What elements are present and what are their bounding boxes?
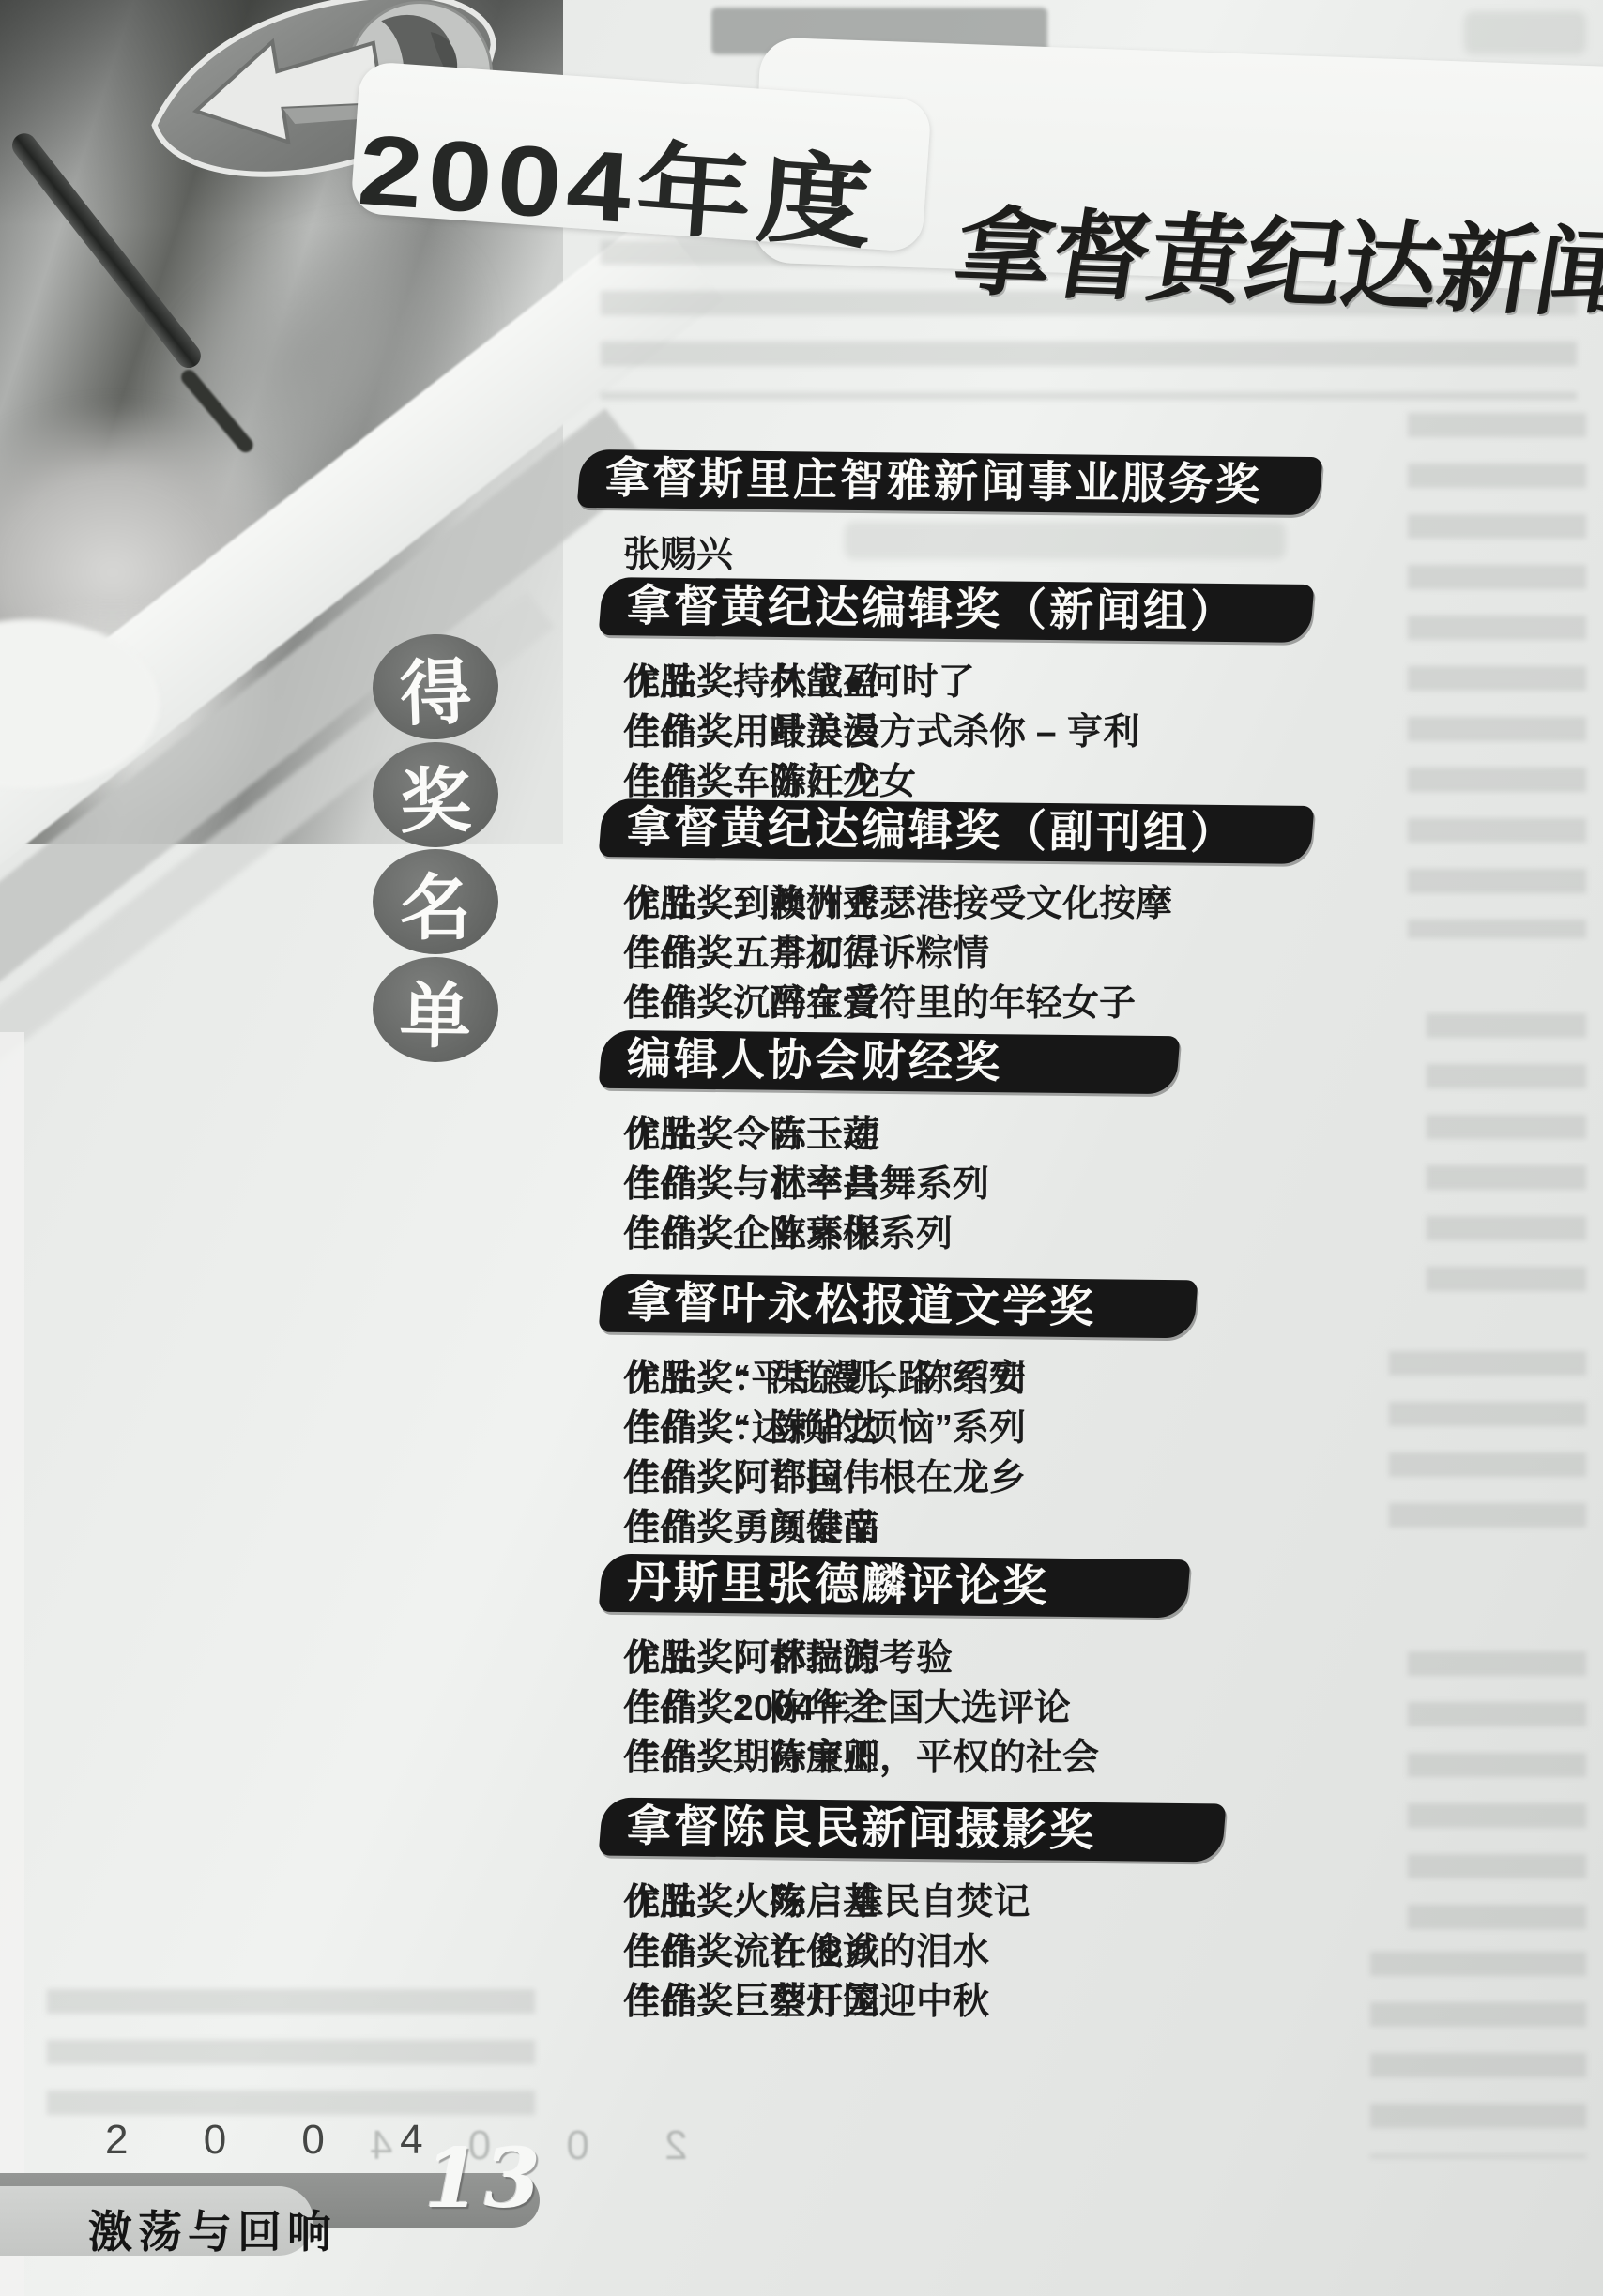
work-title: 沉醉在音符里的年轻女子	[733, 983, 1136, 1024]
award-category-bar: 拿督斯里庄智雅新闻事业服务奖	[577, 449, 1323, 515]
award-category-bar: 拿督黄纪达编辑奖（副刊组）	[599, 798, 1315, 864]
award-category-title: 拿督斯里庄智雅新闻事业服务奖	[579, 449, 1321, 513]
award-sections: 拿督斯里庄智雅新闻事业服务奖 张赐兴 拿督黄纪达编辑奖（新闻组） 优胜奖：林宝盈…	[0, 0, 1603, 2296]
award-category-bar: 拿督叶永松报道文学奖	[599, 1274, 1198, 1339]
work-label: 作品：	[623, 1932, 733, 1972]
winner-name: 张赐兴	[623, 535, 733, 575]
award-row: 佳作奖：陈素彬 作品：企业环保系列	[623, 1209, 1599, 1259]
award-row: 佳作奖：蔡开国 作品：巨型灯笼迎中秋	[623, 1977, 1599, 2027]
work-label: 作品：	[623, 1359, 733, 1399]
work-cell: 作品：巨型灯笼迎中秋	[623, 1977, 989, 2027]
work-label: 作品：	[623, 983, 733, 1024]
work-cell: 作品：五月初五诉粽情	[623, 929, 989, 979]
work-cell: 作品：企业环保系列	[623, 1209, 953, 1259]
work-title: 勇闯泰南	[733, 1508, 879, 1548]
work-cell: 作品：期待廉正，平权的社会	[623, 1733, 1099, 1783]
work-title: “达赖的烦恼”系列	[733, 1408, 1026, 1449]
work-title: 流在他乡的泪水	[733, 1932, 989, 1972]
award-row: 优胜奖：林瑞源 作品：阿都拉的考验	[623, 1634, 1599, 1683]
work-cell: 作品：与汇率共舞系列	[623, 1160, 989, 1209]
work-label: 作品：	[623, 662, 733, 703]
award-rows: 优胜奖：林宝盈 作品：持久战●何时了 佳作奖：叶美云 作品：用最浪漫方式杀你 –…	[623, 658, 1599, 807]
award-category-bar: 拿督黄纪达编辑奖（新闻组）	[599, 577, 1315, 643]
work-label: 作品：	[623, 1738, 733, 1778]
work-label: 作品：	[623, 1115, 733, 1155]
award-row: 优胜奖：陈启基 作品：火殇 – 难民自焚记	[623, 1878, 1599, 1927]
award-rows: 优胜奖：陈启基 作品：火殇 – 难民自焚记 佳作奖：许俊诚 作品：流在他乡的泪水…	[623, 1878, 1599, 2027]
award-row: 优胜奖：陈玉莲 作品：令吉一动	[623, 1110, 1599, 1160]
award-row: 佳作奖：林幸昌 作品：与汇率共舞系列	[623, 1160, 1599, 1209]
award-row: 佳作奖：许国伟 作品：阿都拉：根在龙乡	[623, 1453, 1599, 1503]
award-row: 张赐兴	[623, 530, 1599, 580]
work-label: 作品：	[623, 934, 733, 974]
award-row: 优胜奖：洪东凯，陈绍安 作品：“平乱漫长路”系列	[623, 1354, 1599, 1404]
work-cell: 作品：令吉一动	[623, 1110, 879, 1160]
work-title: 巨型灯笼迎中秋	[733, 1982, 989, 2022]
award-rows: 优胜奖：林瑞源 作品：阿都拉的考验 佳作奖：陈华之 作品：2004年全国大选评论…	[623, 1634, 1599, 1783]
work-title: 持久战●何时了	[733, 662, 975, 703]
work-cell: 作品：2004年全国大选评论	[623, 1683, 1071, 1733]
work-cell: 作品：持久战●何时了	[623, 658, 975, 707]
award-category-bar: 编辑人协会财经奖	[599, 1030, 1181, 1094]
award-category-title: 拿督叶永松报道文学奖	[601, 1274, 1197, 1337]
award-row: 佳作奖：陈宝卿 作品：期待廉正，平权的社会	[623, 1733, 1599, 1783]
award-row: 佳作奖：叶美云 作品：用最浪漫方式杀你 – 亨利	[623, 707, 1599, 757]
work-cell: 作品：“达赖的烦恼”系列	[623, 1404, 1026, 1453]
award-rows: 优胜奖：赖竹秀 作品：到澳洲亚瑟港接受文化按摩 佳作奖：李加得 作品：五月初五诉…	[623, 879, 1599, 1028]
work-cell: 作品：流在他乡的泪水	[623, 1927, 989, 1977]
work-title: 火殇 – 难民自焚记	[733, 1882, 1030, 1923]
work-title: 阿都拉：根在龙乡	[733, 1458, 1026, 1498]
work-label: 作品：	[623, 1688, 733, 1728]
award-category-title: 编辑人协会财经奖	[601, 1030, 1179, 1092]
page-number: 13	[424, 2132, 544, 2227]
award-rows: 优胜奖：洪东凯，陈绍安 作品：“平乱漫长路”系列 佳作奖：陈华之 作品：“达赖的…	[623, 1354, 1599, 1553]
work-label: 作品：	[623, 884, 733, 924]
work-label: 作品：	[623, 1214, 733, 1254]
work-label: 作品：	[623, 1164, 733, 1205]
work-label: 作品：	[623, 1882, 733, 1923]
award-rows: 张赐兴	[623, 530, 1599, 580]
award-category-title: 拿督陈良民新闻摄影奖	[601, 1798, 1225, 1861]
work-title: 五月初五诉粽情	[733, 934, 989, 974]
award-row: 佳作奖：冯宝爱 作品：沉醉在音符里的年轻女子	[623, 979, 1599, 1028]
award-row: 佳作奖：陈华之 作品：2004年全国大选评论	[623, 1683, 1599, 1733]
award-row: 优胜奖：林宝盈 作品：持久战●何时了	[623, 658, 1599, 707]
work-label: 作品：	[623, 1458, 733, 1498]
work-cell: 作品：用最浪漫方式杀你 – 亨利	[623, 707, 1139, 757]
award-category-bar: 拿督陈良民新闻摄影奖	[599, 1798, 1227, 1863]
scanned-awards-page: 2004年度 拿督黄纪达新闻 得 奖 名 单 拿督斯里庄智雅新闻事业服务奖 张赐…	[0, 0, 1603, 2296]
award-category-bar: 丹斯里张德麟评论奖	[599, 1554, 1191, 1619]
work-label: 作品：	[623, 762, 733, 802]
award-category-title: 拿督黄纪达编辑奖（副刊组）	[601, 798, 1313, 862]
work-label: 作品：	[623, 1408, 733, 1449]
work-title: 车游奸少女	[733, 762, 916, 802]
work-title: 用最浪漫方式杀你 – 亨利	[733, 712, 1139, 753]
work-cell: 作品：沉醉在音符里的年轻女子	[623, 979, 1136, 1028]
work-title: 阿都拉的考验	[733, 1638, 953, 1679]
award-row: 佳作奖：颜健品 作品：勇闯泰南	[623, 1503, 1599, 1553]
work-title: 令吉一动	[733, 1115, 879, 1155]
award-row: 佳作奖：陈华之 作品：“达赖的烦恼”系列	[623, 1404, 1599, 1453]
winner-cell: 张赐兴	[623, 530, 925, 580]
work-label: 作品：	[623, 712, 733, 753]
work-title: 期待廉正，平权的社会	[733, 1738, 1099, 1778]
award-category-title: 丹斯里张德麟评论奖	[601, 1554, 1189, 1617]
award-row: 佳作奖：许俊诚 作品：流在他乡的泪水	[623, 1927, 1599, 1977]
work-title: “平乱漫长路”系列	[733, 1359, 1026, 1399]
work-cell: 作品：阿都拉：根在龙乡	[623, 1453, 1026, 1503]
work-title: 与汇率共舞系列	[733, 1164, 989, 1205]
work-label: 作品：	[623, 1638, 733, 1679]
work-title: 到澳洲亚瑟港接受文化按摩	[733, 884, 1172, 924]
footer-series-label: 激荡与回响	[88, 2197, 337, 2260]
work-cell: 作品：到澳洲亚瑟港接受文化按摩	[623, 879, 1172, 929]
work-title: 企业环保系列	[733, 1214, 953, 1254]
award-row: 佳作奖：李加得 作品：五月初五诉粽情	[623, 929, 1599, 979]
work-cell: 作品：勇闯泰南	[623, 1503, 879, 1553]
award-row: 优胜奖：赖竹秀 作品：到澳洲亚瑟港接受文化按摩	[623, 879, 1599, 929]
award-rows: 优胜奖：陈玉莲 作品：令吉一动 佳作奖：林幸昌 作品：与汇率共舞系列 佳作奖：陈…	[623, 1110, 1599, 1259]
work-label: 作品：	[623, 1508, 733, 1548]
work-cell: 作品：火殇 – 难民自焚记	[623, 1878, 1030, 1927]
work-label: 作品：	[623, 1982, 733, 2022]
work-cell: 作品：阿都拉的考验	[623, 1634, 953, 1683]
work-title: 2004年全国大选评论	[733, 1688, 1071, 1728]
work-cell: 作品：“平乱漫长路”系列	[623, 1354, 1026, 1404]
award-category-title: 拿督黄纪达编辑奖（新闻组）	[601, 577, 1313, 641]
